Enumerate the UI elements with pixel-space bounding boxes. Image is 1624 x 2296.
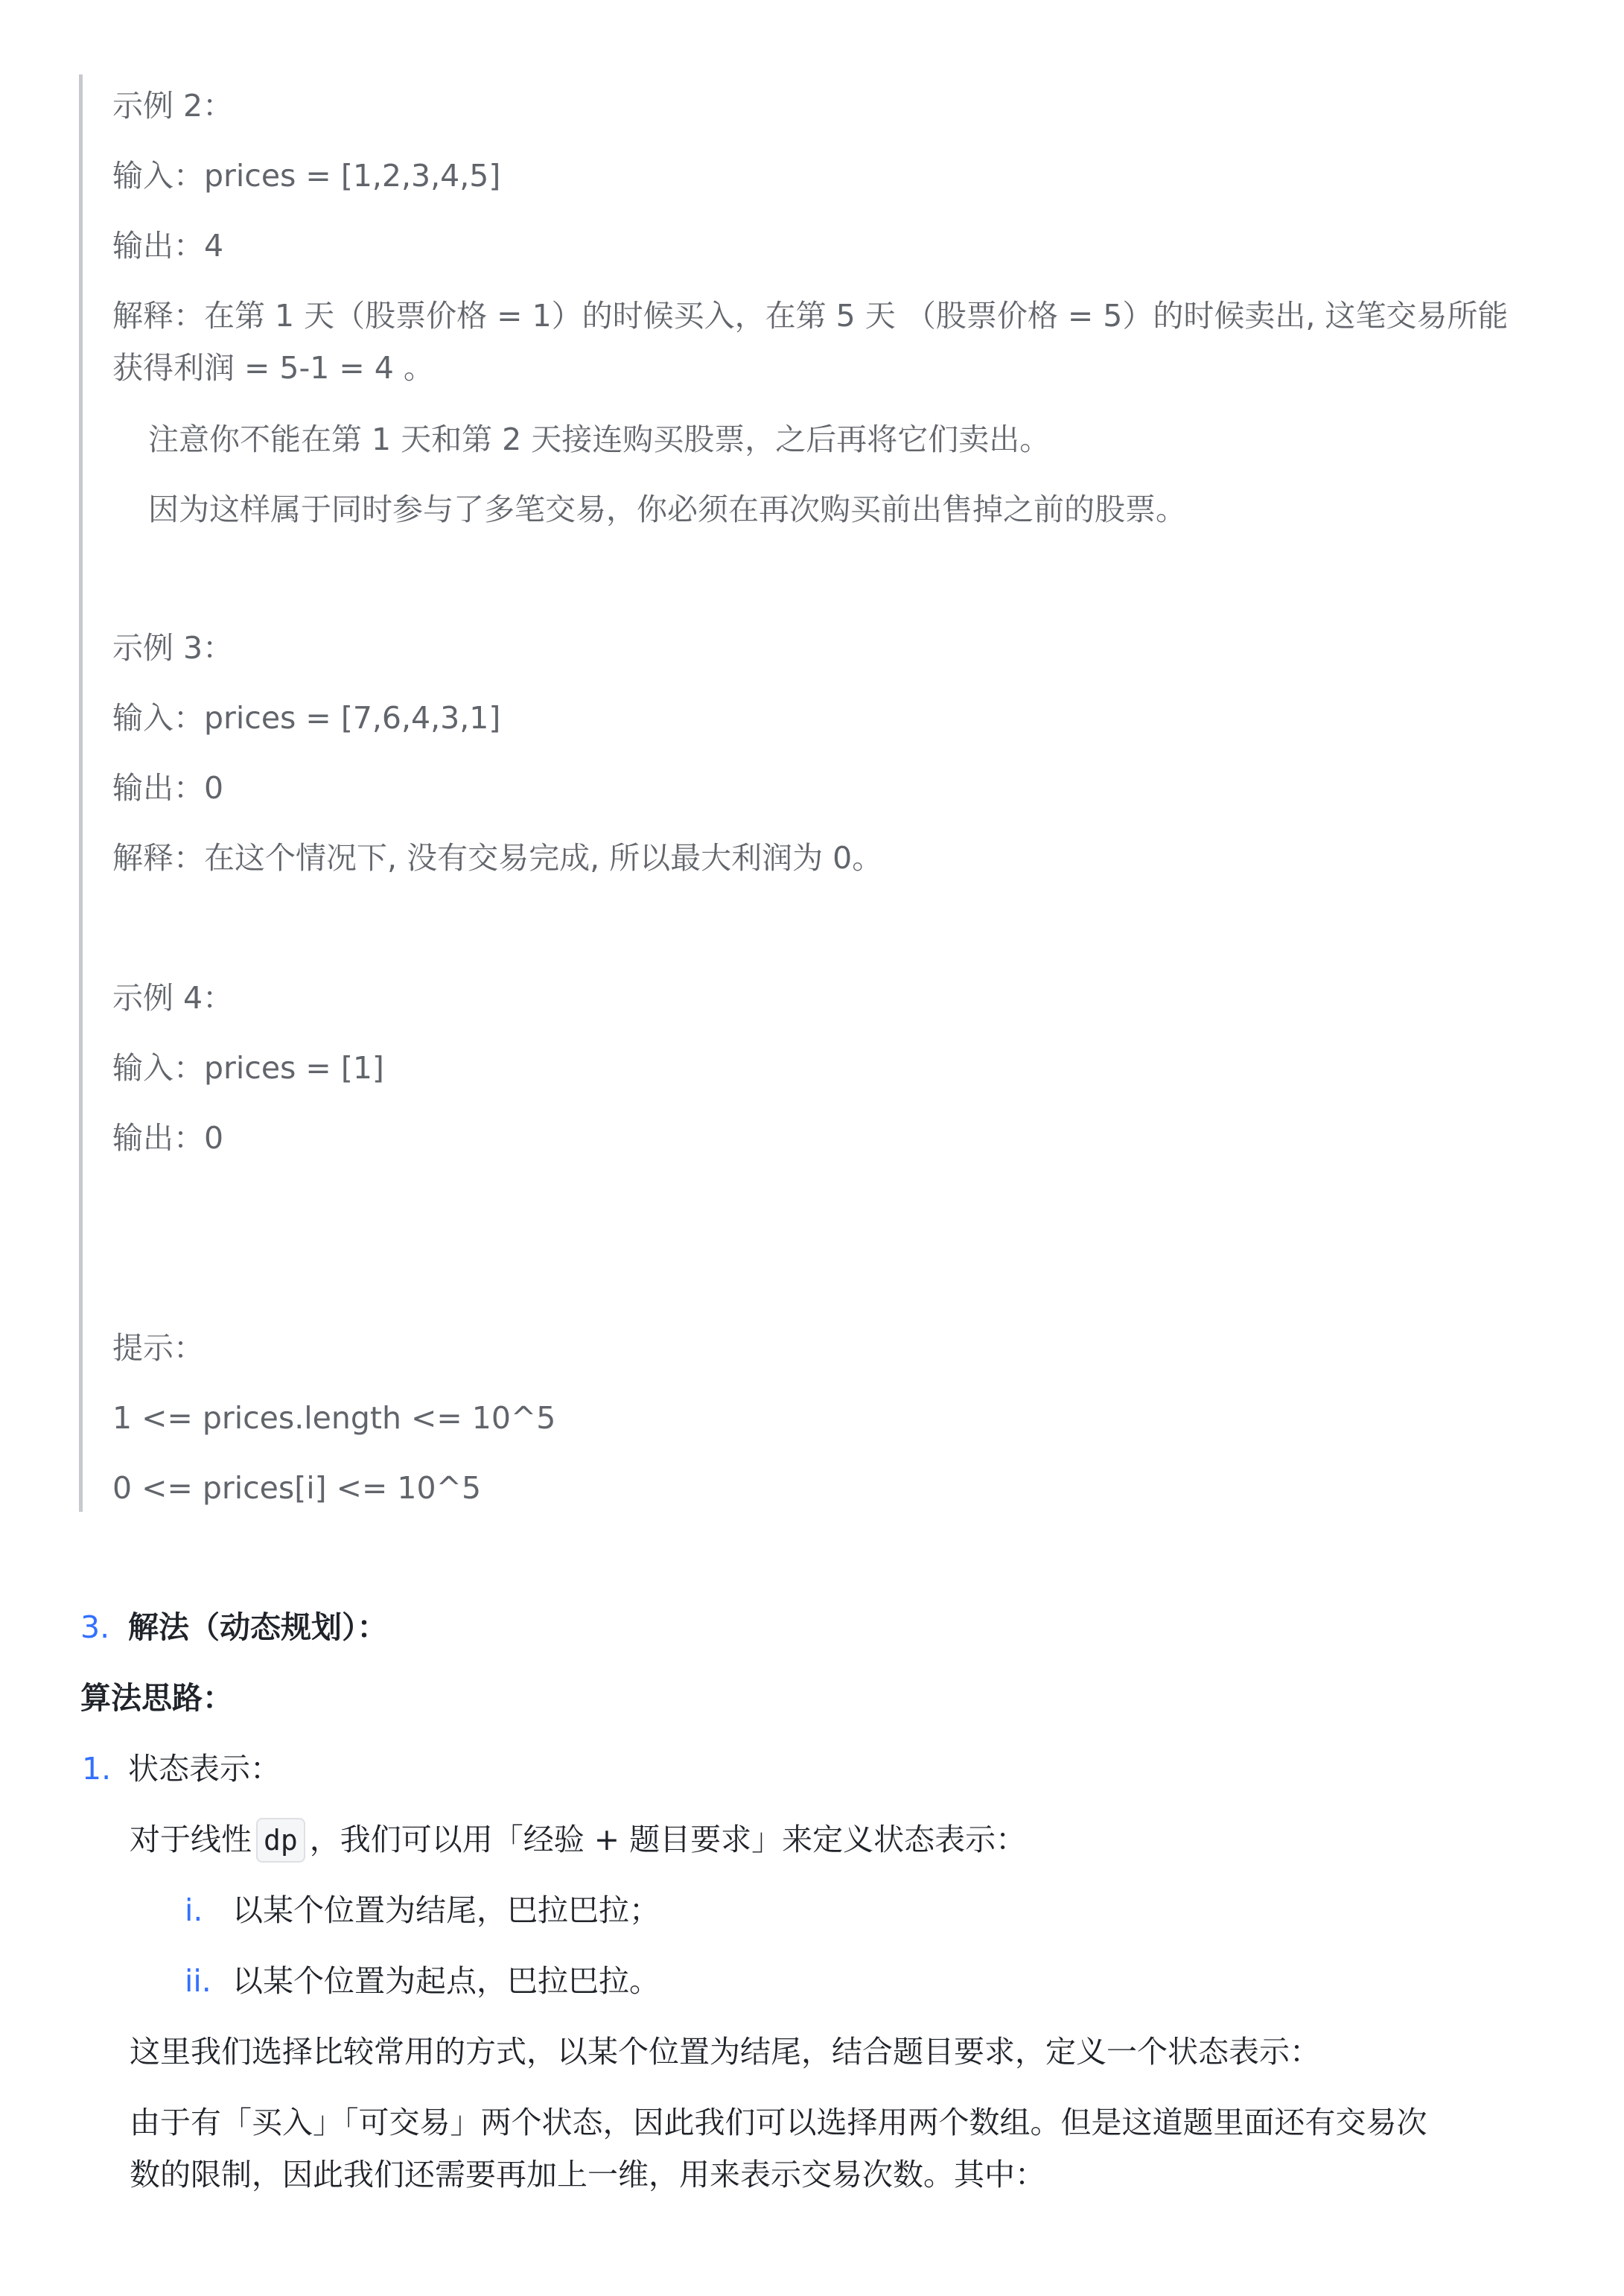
example2-explain-line2: 获得利润 = 5-1 = 4 。 bbox=[112, 346, 434, 390]
step1-detail-line1: 由于有「买入」「可交易」两个状态，因此我们可以选择用两个数组。但是这道题里面还有… bbox=[130, 2100, 1427, 2145]
intro-before: 对于线性 bbox=[130, 1822, 252, 1857]
example3-explain: 解释：在这个情况下, 没有交易完成, 所以最大利润为 0。 bbox=[112, 836, 882, 880]
example2-title: 示例 2： bbox=[112, 83, 233, 128]
example3-input: 输入：prices = [7,6,4,3,1] bbox=[112, 696, 500, 740]
step1-number: 1. bbox=[82, 1746, 111, 1791]
example2-input: 输入：prices = [1,2,3,4,5] bbox=[112, 153, 500, 198]
example4-title: 示例 4： bbox=[112, 976, 233, 1020]
example4-output: 输出：0 bbox=[112, 1116, 223, 1160]
step1-detail-line2: 数的限制，因此我们还需要再加上一维，用来表示交易次数。其中： bbox=[130, 2152, 1045, 2197]
inline-code-dp: dp bbox=[256, 1818, 305, 1863]
step1-choice: 这里我们选择比较常用的方式，以某个位置为结尾，结合题目要求，定义一个状态表示： bbox=[130, 2029, 1320, 2074]
option-text: 以某个位置为结尾，巴拉巴拉； bbox=[232, 1888, 660, 1933]
option-marker: ii. bbox=[185, 1959, 211, 2003]
hint-item: 1 <= prices.length <= 10^5 bbox=[112, 1396, 555, 1440]
example2-note1: 注意你不能在第 1 天和第 2 天接连购买股票，之后再将它们卖出。 bbox=[148, 417, 1050, 462]
section-title: 解法（动态规划）： bbox=[128, 1605, 388, 1650]
option-marker: i. bbox=[185, 1888, 203, 1933]
example3-title: 示例 3： bbox=[112, 626, 233, 670]
option-text: 以某个位置为起点，巴拉巴拉。 bbox=[232, 1959, 660, 2003]
example2-explain-line1: 解释：在第 1 天（股票价格 = 1）的时候买入，在第 5 天 （股票价格 = … bbox=[112, 293, 1508, 338]
example2-output: 输出：4 bbox=[112, 223, 223, 268]
example4-input: 输入：prices = [1] bbox=[112, 1046, 384, 1090]
example2-note2: 因为这样属于同时参与了多笔交易，你必须在再次购买前出售掉之前的股票。 bbox=[148, 487, 1186, 532]
section-number: 3. bbox=[80, 1605, 109, 1650]
approach-title: 算法思路： bbox=[80, 1676, 233, 1720]
step1-title: 状态表示： bbox=[128, 1746, 281, 1791]
step1-intro: 对于线性dp，我们可以用「经验 + 题目要求」来定义状态表示： bbox=[130, 1817, 1026, 1863]
examples-blockquote: 示例 2： 输入：prices = [1,2,3,4,5] 输出：4 解释：在第… bbox=[79, 74, 1572, 1512]
example3-output: 输出：0 bbox=[112, 766, 223, 810]
hint-item: 0 <= prices[i] <= 10^5 bbox=[112, 1466, 481, 1510]
hints-title: 提示： bbox=[112, 1326, 204, 1370]
intro-after: ，我们可以用「经验 + 题目要求」来定义状态表示： bbox=[310, 1822, 1026, 1857]
